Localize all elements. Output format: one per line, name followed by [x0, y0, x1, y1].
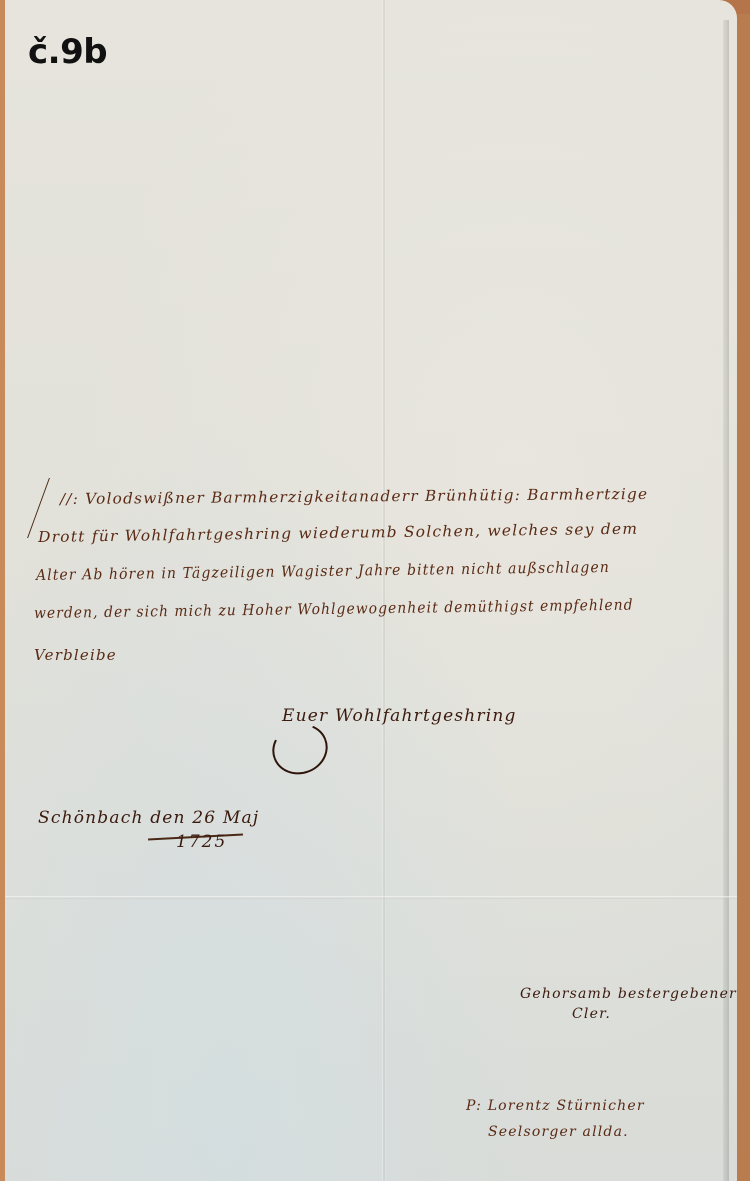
signature-name-line-2: Seelsorger allda. [488, 1124, 629, 1140]
page-edge-shadow [723, 20, 729, 1181]
paper-fold-horizontal [5, 896, 737, 899]
document-page [5, 0, 737, 1181]
signature-line-2: Cler. [572, 1006, 611, 1022]
paper-fold-vertical [382, 0, 386, 1181]
document-number-label: č.9b [28, 32, 107, 72]
date-year: 1725 [176, 832, 227, 852]
closing-formula: Euer Wohlfahrtgeshring [282, 706, 517, 726]
body-line-5: Verbleibe [34, 646, 117, 664]
signature-line-1: Gehorsamb bestergebener [520, 986, 737, 1002]
date-place: Schönbach den 26 Maj [38, 808, 259, 828]
signature-name-line-1: P: Lorentz Stürnicher [466, 1098, 645, 1114]
